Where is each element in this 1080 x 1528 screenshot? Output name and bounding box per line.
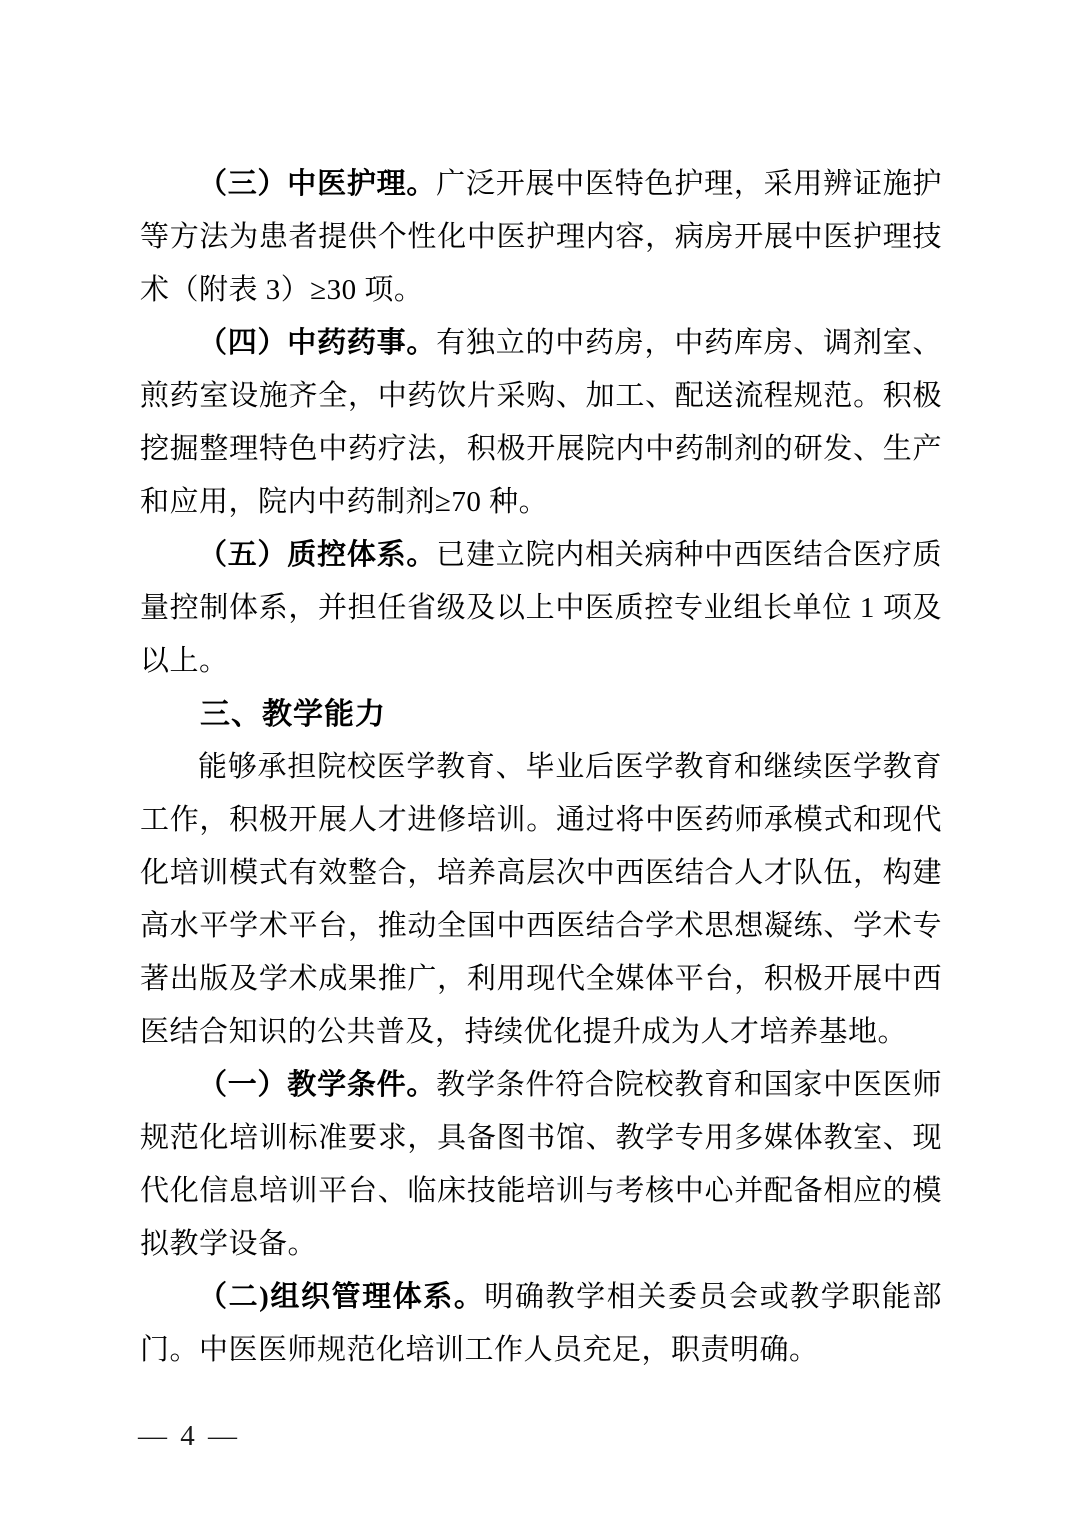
paragraph-lead: （五）质控体系。 [198, 539, 436, 571]
paragraph-lead: （三）中医护理。 [198, 168, 436, 200]
paragraph: （二)组织管理体系。明确教学相关委员会或教学职能部门。中医医师规范化培训工作人员… [140, 1271, 942, 1377]
section-heading: 三、教学能力 [140, 688, 942, 741]
document-body: （三）中医护理。广泛开展中医特色护理，采用辨证施护等方法为患者提供个性化中医护理… [140, 158, 942, 1377]
paragraph: （五）质控体系。已建立院内相关病种中西医结合医疗质量控制体系，并担任省级及以上中… [140, 529, 942, 688]
paragraph: （一）教学条件。教学条件符合院校教育和国家中医医师规范化培训标准要求，具备图书馆… [140, 1059, 942, 1271]
paragraph: 能够承担院校医学教育、毕业后医学教育和继续医学教育工作，积极开展人才进修培训。通… [140, 741, 942, 1059]
paragraph: （三）中医护理。广泛开展中医特色护理，采用辨证施护等方法为患者提供个性化中医护理… [140, 158, 942, 317]
paragraph-lead: （四）中药药事。 [198, 327, 436, 359]
paragraph-lead: （二)组织管理体系。 [198, 1281, 484, 1313]
paragraph-lead: （一）教学条件。 [198, 1069, 436, 1101]
paragraph: （四）中药药事。有独立的中药房，中药库房、调剂室、煎药室设施齐全，中药饮片采购、… [140, 317, 942, 529]
document-page: （三）中医护理。广泛开展中医特色护理，采用辨证施护等方法为患者提供个性化中医护理… [0, 0, 1080, 1528]
paragraph-text: 能够承担院校医学教育、毕业后医学教育和继续医学教育工作，积极开展人才进修培训。通… [140, 751, 942, 1048]
page-number: — 4 — [138, 1416, 240, 1456]
